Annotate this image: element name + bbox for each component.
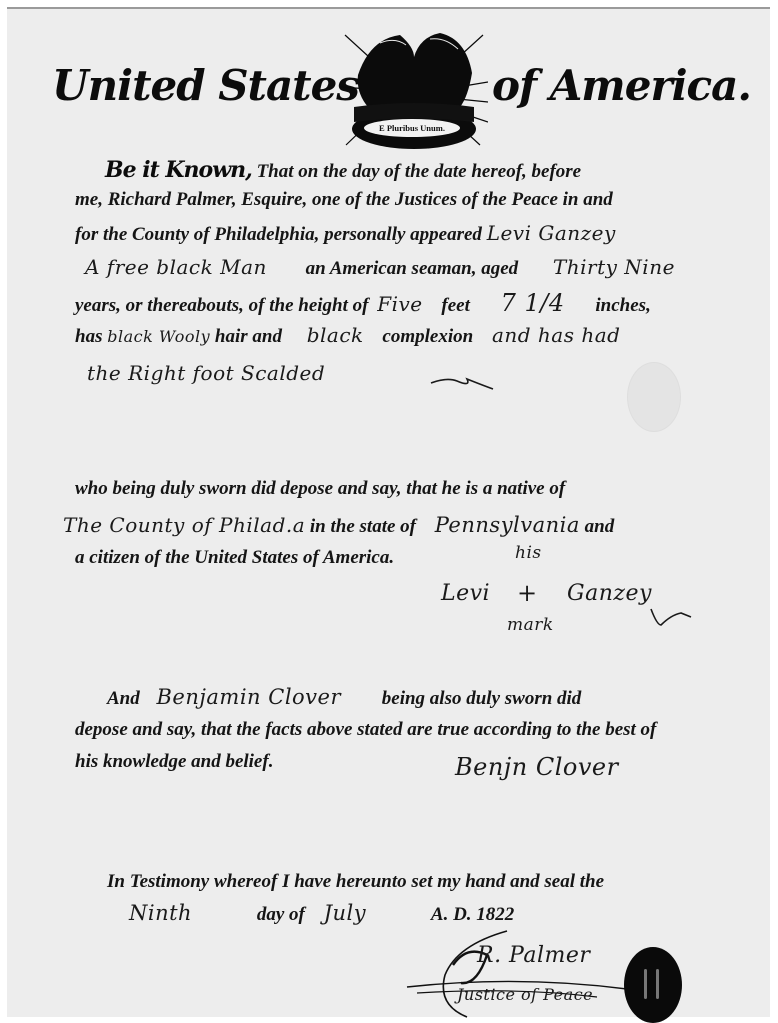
title-of-america: of America. xyxy=(492,61,751,110)
line-flourish xyxy=(427,369,497,393)
witness-line-3: his knowledge and belief. xyxy=(75,751,273,773)
testimony-line-2: Ninth day of July A. D. 1822 xyxy=(129,901,514,926)
body-text: That on the day of the date hereof, befo… xyxy=(257,161,582,182)
testimony-year: A. D. 1822 xyxy=(431,904,514,925)
handwritten-age: Thirty Nine xyxy=(553,255,675,279)
body-text: complexion xyxy=(382,326,473,347)
title-united-states: United States xyxy=(52,61,359,110)
witness-signature: Benjn Clover xyxy=(455,753,619,781)
handwritten-county: The County of Philad.a xyxy=(63,513,305,537)
body-text: years, or thereabouts, of the height of xyxy=(75,295,368,316)
body-line-10: a citizen of the United States of Americ… xyxy=(75,547,394,569)
body-line-5: years, or thereabouts, of the height of … xyxy=(75,289,651,317)
handwritten-state: Pennsylvania xyxy=(435,513,580,537)
handwritten-marks: and has had xyxy=(492,323,621,347)
seal-highlight xyxy=(656,969,659,999)
handwritten-height-inches: 7 1/4 xyxy=(501,289,565,317)
body-line-6: has black Wooly hair and black complexio… xyxy=(75,323,620,348)
handwritten-height-feet: Five xyxy=(377,292,422,316)
eagle-emblem: E Pluribus Unum. xyxy=(340,27,488,155)
certificate-page: United States E Pluribus Unum. of Americ… xyxy=(7,7,770,1017)
body-text: hair and xyxy=(215,326,282,347)
signature-cross-mark: + xyxy=(517,579,538,607)
body-line-2: me, Richard Palmer, Esquire, one of the … xyxy=(75,189,613,211)
seal-highlight xyxy=(644,969,647,999)
signature-flourish xyxy=(647,607,697,631)
body-line-4: A free black Man an American seaman, age… xyxy=(85,255,675,280)
signature-last-name: Ganzey xyxy=(567,581,652,606)
body-text: being also duly sworn did xyxy=(382,688,582,709)
body-line-9: The County of Philad.a in the state of P… xyxy=(63,513,614,538)
body-text: And xyxy=(107,688,140,709)
justice-title: Justice of Peace xyxy=(457,985,593,1004)
body-text: inches, xyxy=(595,295,650,316)
body-text: in the state of xyxy=(310,516,416,537)
witness-name: Benjamin Clover xyxy=(157,685,342,709)
mark-label: mark xyxy=(507,615,554,635)
body-text: feet xyxy=(441,295,469,316)
handwritten-name: Levi Ganzey xyxy=(487,221,616,245)
testimony-month: July xyxy=(324,901,367,925)
handwritten-complexion: black xyxy=(307,323,364,347)
signature-first-name: Levi xyxy=(441,581,490,606)
body-line-3: for the County of Philadelphia, personal… xyxy=(75,221,616,246)
his-label: his xyxy=(515,543,542,563)
testimony-line-1: In Testimony whereof I have hereunto set… xyxy=(107,871,604,893)
body-line-8: who being duly sworn did depose and say,… xyxy=(75,478,565,500)
body-text: day of xyxy=(257,904,305,925)
handwritten-marks-line-2: the Right foot Scalded xyxy=(87,361,325,385)
justice-signature: R. Palmer xyxy=(477,943,590,968)
testimony-day: Ninth xyxy=(129,901,192,925)
embossed-seal-mark xyxy=(627,362,681,432)
body-text: has xyxy=(75,326,102,347)
body-text: an American seaman, aged xyxy=(306,258,519,279)
opening-phrase: Be it Known, xyxy=(105,157,252,183)
justice-signature-flourish xyxy=(397,925,627,1023)
body-line-1: Be it Known, That on the day of the date… xyxy=(105,157,581,183)
witness-line-2: depose and say, that the facts above sta… xyxy=(75,719,656,741)
witness-line-1: And Benjamin Clover being also duly swor… xyxy=(107,685,581,710)
wax-seal xyxy=(624,947,682,1023)
handwritten-hair: black Wooly xyxy=(107,327,210,346)
body-text: and xyxy=(585,516,615,537)
motto-banner: E Pluribus Unum. xyxy=(364,119,460,137)
handwritten-description: A free black Man xyxy=(85,255,267,279)
body-text: for the County of Philadelphia, personal… xyxy=(75,224,482,245)
